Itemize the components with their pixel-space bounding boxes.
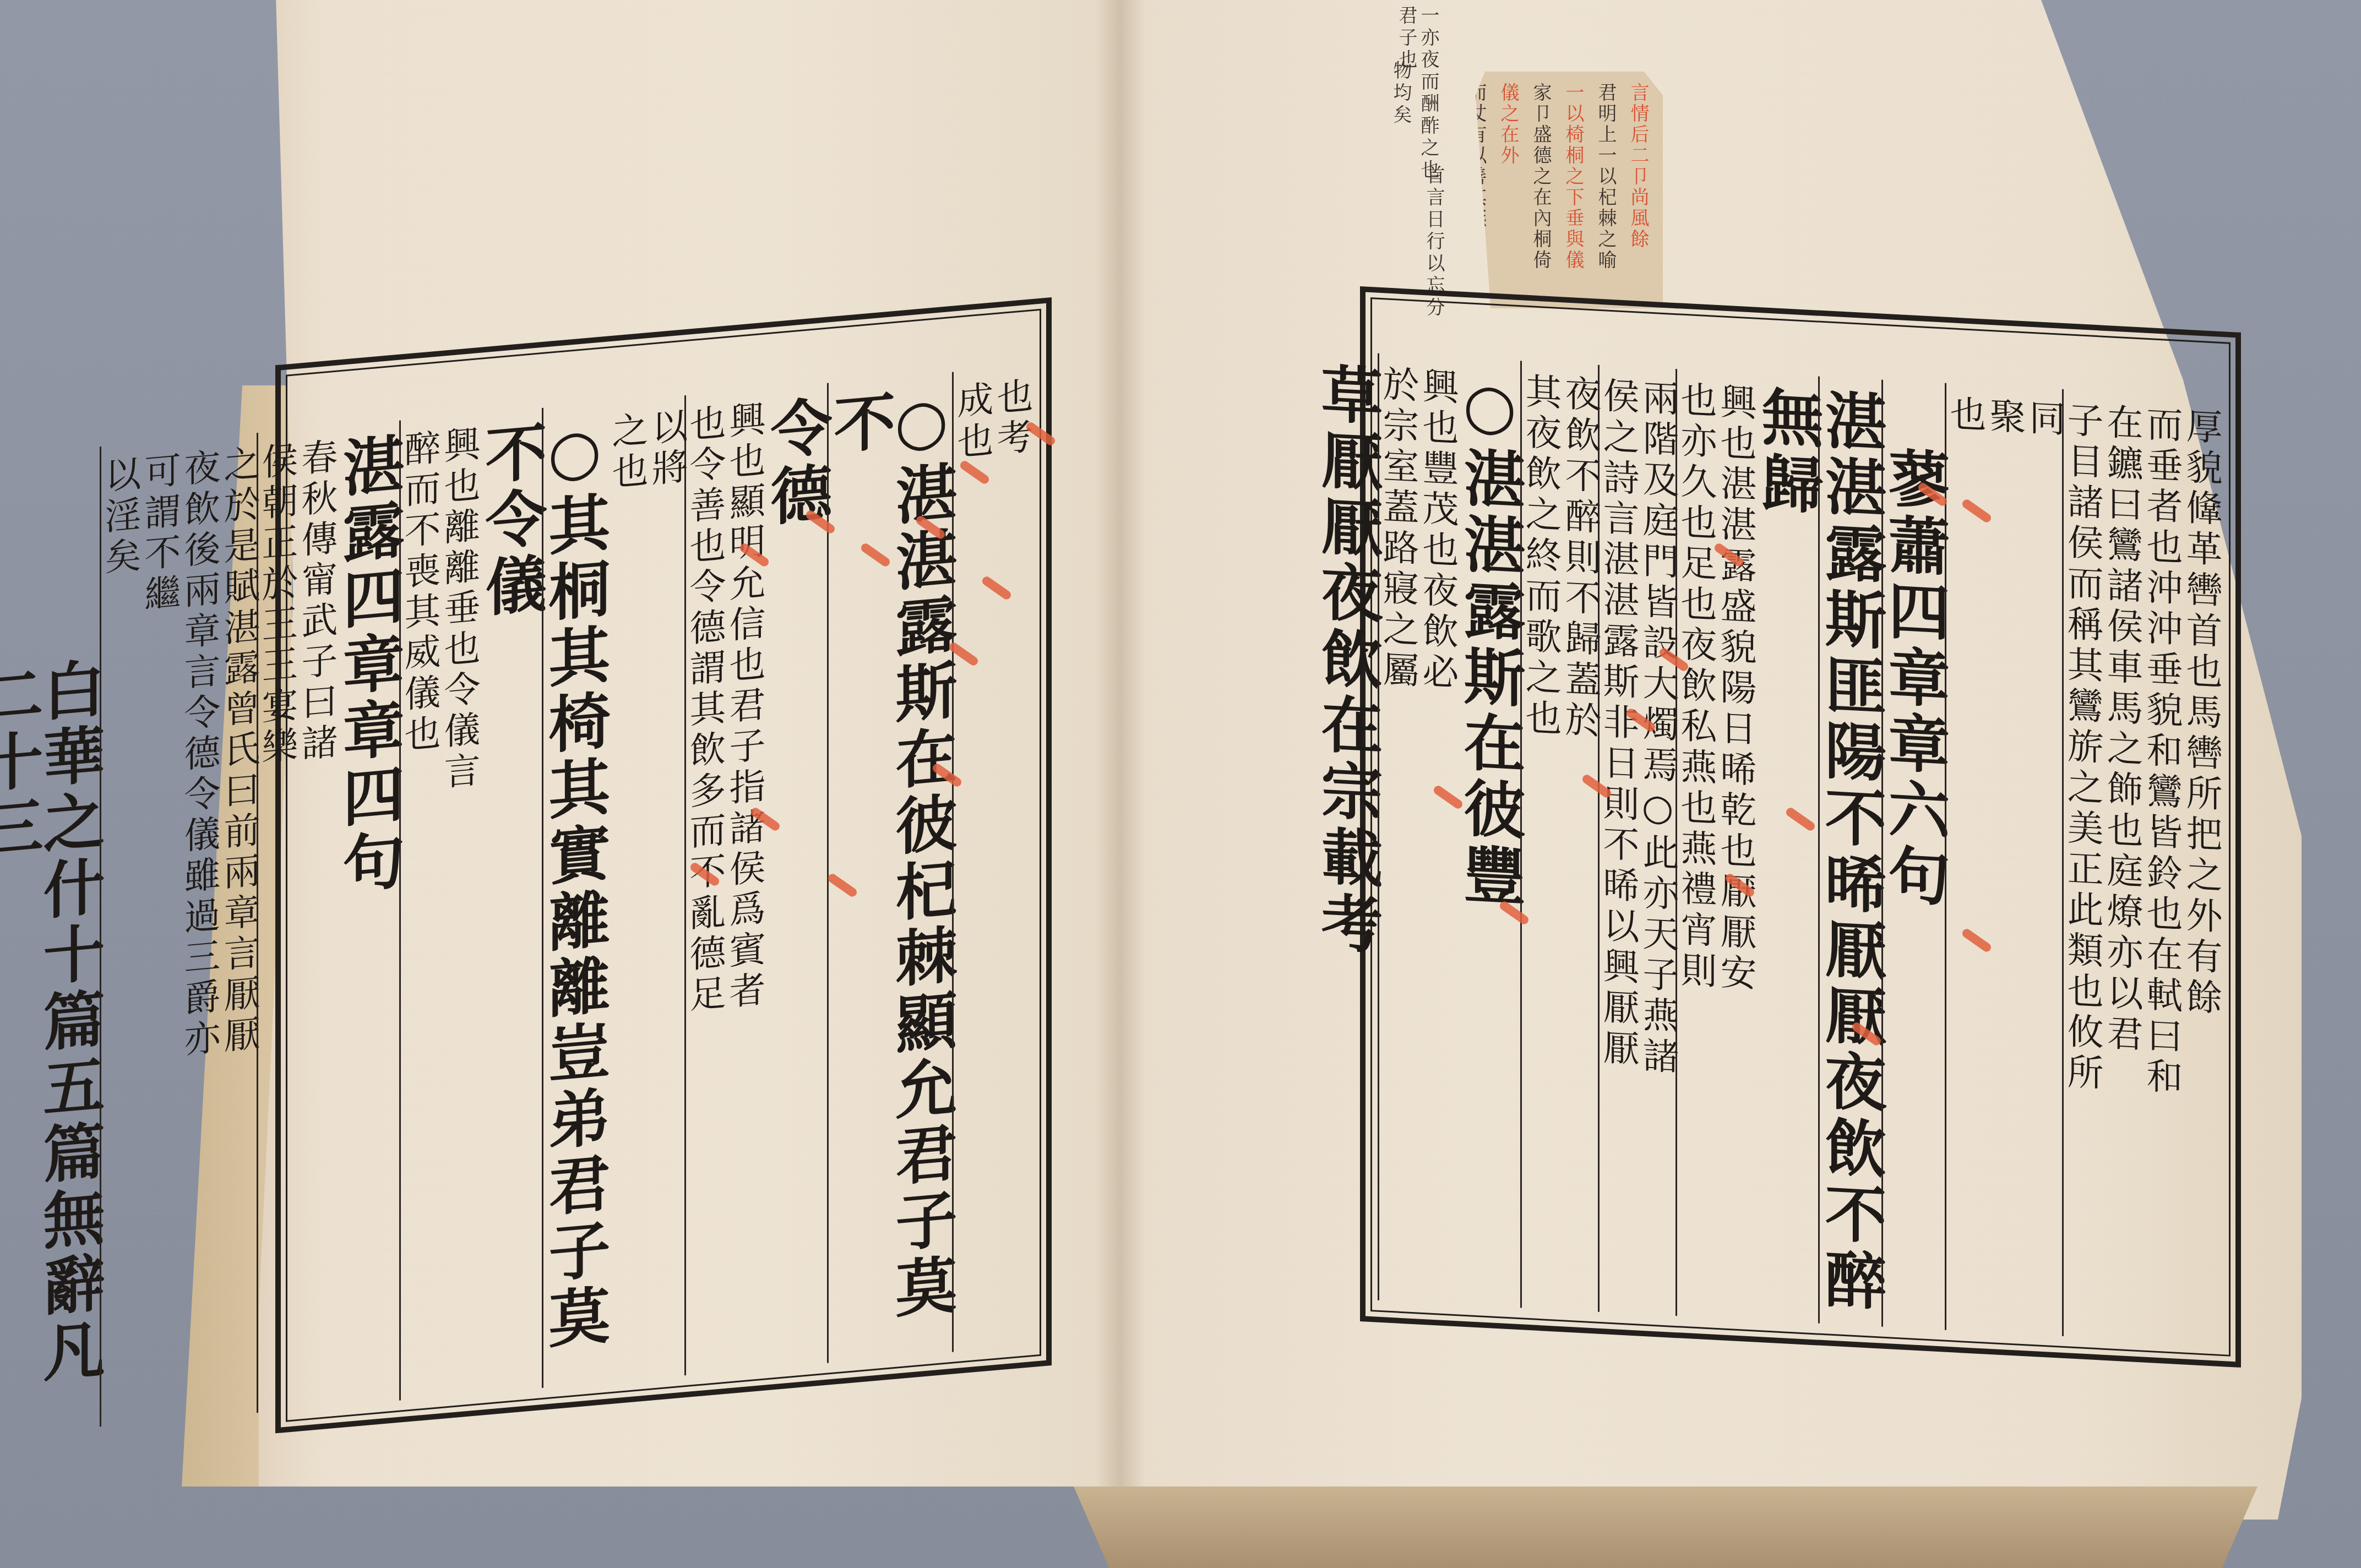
chapter-summary: 蓼蕭四章章六句 — [1883, 391, 1945, 1330]
commentary: 春秋傳甯武子曰諸 — [298, 437, 334, 1409]
commentary: 可謂不繼 — [141, 451, 177, 1423]
commentary: 兩階及庭門皆設大燭焉○此亦天子燕諸 — [1639, 378, 1675, 1316]
annotation-line: 家卩盛德之在內桐倚 — [1527, 83, 1554, 297]
text-column: 湛露四章章四句 春秋傳甯武子曰諸 侯朝正於王王宴樂 — [257, 421, 399, 1413]
text-column: 兩階及庭門皆設大燭焉○此亦天子燕諸 侯之詩言湛湛露斯非日則不晞以興厭厭 — [1598, 365, 1675, 1316]
text-column: 草厭厭夜飲在宗載考 — [1316, 350, 1378, 1300]
left-print-frame: 也考 成也 ○湛湛露斯在彼杞棘顯允君子莫不 令德 興也顯明允信也君子指諸侯爲賓者… — [275, 297, 1052, 1433]
annotation-line: 君明上一以杞棘之喻 — [1592, 83, 1619, 297]
commentary: 而垂者也沖沖垂貌和鸞皆鈴也在軾曰和 — [2143, 405, 2179, 1342]
commentary: 之於是賦湛露曾氏曰前兩章言厭厭 — [220, 444, 257, 1416]
annotation-line: 一以椅桐之下垂與儀 — [1560, 83, 1587, 297]
commentary: 侯朝正於王王宴樂 — [258, 440, 295, 1413]
text-column: 白華之什十篇五篇無辭凡二十三 — [0, 447, 100, 1438]
book-block-edge — [1074, 1487, 2257, 1568]
text-column: ○湛湛露斯在彼杞棘顯允君子莫不 — [827, 372, 952, 1363]
commentary: 同 — [2026, 398, 2062, 1336]
annotation-line: 儀之在外 — [1495, 83, 1522, 297]
book-gutter — [1096, 0, 1145, 1531]
main-text: 無歸 — [1756, 384, 1818, 1324]
text-column: 不令儀 興也離離垂也令儀言 醉而不喪其威儀也 — [399, 408, 542, 1401]
text-column: 令德 興也顯明允信也君子指諸侯爲賓者 也令善也令德謂其飲多而不亂德足 — [684, 383, 827, 1376]
commentary: 興也豐茂也夜飲必 — [1419, 367, 1455, 1304]
commentary: 聚 — [1986, 396, 2022, 1334]
commentary: 夜飲不醉則不歸蓋於 — [1562, 374, 1598, 1311]
text-column: 之於是賦湛露曾氏曰前兩章言厭厭 夜飲後兩章言令德令儀雖過三爵亦 可謂不繼 以淫矣 — [100, 433, 257, 1427]
margin-note: 物均矣 — [1388, 61, 1415, 127]
text-column: 也考 成也 — [952, 365, 1030, 1352]
main-text: 湛湛露斯匪陽不晞厭厭夜飲不醉 — [1820, 388, 1881, 1327]
section-summary: 白華之什十篇五篇無辭凡二十三 — [0, 458, 100, 1438]
right-print-frame: 厚貌鞗革轡首也馬轡所把之外有餘 而垂者也沖沖垂貌和鸞皆鈴也在軾曰和 在鑣曰鸞諸侯… — [1360, 286, 2241, 1368]
commentary: 也令善也令德謂其飲多而不亂德足 — [686, 403, 722, 1375]
margin-note: 一亦夜而酬酢之也 — [1415, 6, 1442, 182]
main-text: ○其桐其椅其實離離豈弟君子莫 — [543, 413, 605, 1388]
commentary: 醉而不喪其威儀也 — [401, 428, 437, 1401]
main-text: 草厭厭夜飲在宗載考 — [1316, 361, 1378, 1300]
text-column: 無歸 興也湛湛露盛貌陽日晞乾也厭厭安 也亦久也足也夜飲私燕也燕禮宵則 — [1675, 369, 1818, 1324]
open-book: 君子也 一亦夜而酬酢之也 物均矣 首言日行以忘分 言情后二卩尚風餘 君明上一以杞… — [0, 0, 2361, 1568]
annotation-slip: 言情后二卩尚風餘 君明上一以杞棘之喻 一以椅桐之下垂與儀 家卩盛德之在內桐倚 儀… — [1476, 72, 1663, 308]
commentary: 其夜飲之終而歌之也 — [1522, 372, 1558, 1309]
main-text: 令德 — [765, 394, 827, 1369]
commentary: 興也離離垂也令儀言 — [440, 424, 477, 1397]
commentary: 侯之詩言湛湛露斯非日則不晞以興厭厭 — [1600, 376, 1636, 1314]
commentary: 也考 — [993, 376, 1030, 1348]
chapter-summary: 湛露四章章四句 — [338, 432, 399, 1406]
main-text: ○湛湛露斯在彼豐 — [1459, 368, 1520, 1308]
text-column: 同 聚 也 — [1945, 383, 2062, 1336]
commentary: 厚貌鞗革轡首也馬轡所把之外有餘 — [2183, 406, 2219, 1344]
annotation-line: 言情后二卩尚風餘 — [1625, 83, 1652, 297]
commentary: 以將 — [648, 406, 684, 1379]
main-text: 不令儀 — [480, 419, 542, 1393]
commentary: 興也湛湛露盛貌陽日晞乾也厭厭安 — [1717, 382, 1753, 1320]
commentary: 於宗室蓋路寢之屬 — [1379, 364, 1416, 1302]
text-column: 夜飲不醉則不歸蓋於 其夜飲之終而歌之也 — [1520, 361, 1598, 1311]
commentary: 以淫矣 — [101, 454, 138, 1427]
commentary: 子目諸侯而稱其鸞旂之美正此類也攸所 — [2064, 400, 2100, 1338]
text-column: 厚貌鞗革轡首也馬轡所把之外有餘 而垂者也沖沖垂貌和鸞皆鈴也在軾曰和 在鑣曰鸞諸侯… — [2062, 389, 2219, 1344]
text-column: 蓼蕭四章章六句 — [1881, 380, 1945, 1330]
commentary: 之也 — [608, 410, 645, 1382]
text-column: 以將 之也 ○其桐其椅其實離離豈弟君子莫 — [542, 395, 684, 1388]
commentary: 興也顯明允信也君子指諸侯爲賓者 — [726, 400, 762, 1372]
text-column: ○湛湛露斯在彼豐 興也豐茂也夜飲必 於宗室蓋路寢之屬 — [1378, 353, 1520, 1308]
commentary: 成也 — [954, 380, 990, 1352]
commentary: 也亦久也足也夜飲私燕也燕禮宵則 — [1677, 380, 1713, 1317]
commentary: 在鑣曰鸞諸侯車馬之飾也庭燎亦以君 — [2103, 402, 2140, 1340]
commentary: 也 — [1946, 394, 1983, 1332]
text-column: 湛湛露斯匪陽不晞厭厭夜飲不醉 — [1818, 377, 1881, 1327]
commentary: 夜飲後兩章言令德令儀雖過三爵亦 — [181, 448, 217, 1420]
main-text: ○湛湛露斯在彼杞棘顯允君子莫不 — [829, 383, 952, 1363]
